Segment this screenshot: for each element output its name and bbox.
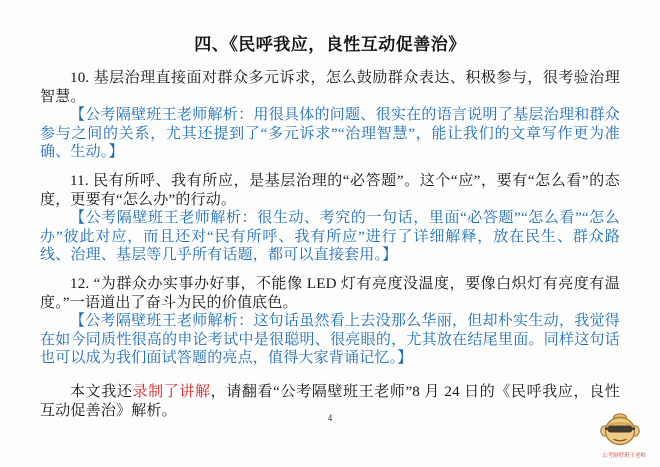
mascot-icon xyxy=(598,435,642,452)
quote-section-10: 10. 基层治理直接面对群众多元诉求，怎么鼓励群众表达、积极参与，很考验治理智慧… xyxy=(40,69,620,162)
quote-text-12: 12. “为群众办实事办好事，不能像 LED 灯有亮度没温度，要像白炽灯有亮度有… xyxy=(40,275,620,312)
page-number: 4 xyxy=(0,413,660,423)
teacher-analysis-10: 【公考隔壁班王老师解析：用很具体的问题、很实在的语言说明了基层治理和群众参与之间… xyxy=(40,106,620,162)
watermark: 公考隔壁班王老师 xyxy=(594,412,646,461)
document-page: 四、《民呼我应，良性互动促善治》 10. 基层治理直接面对群众多元诉求，怎么鼓励… xyxy=(0,0,660,467)
teacher-analysis-11: 【公考隔壁班王老师解析：很生动、考究的一句话，里面“必答题”“怎么看”“怎么办”… xyxy=(40,209,620,265)
page-title: 四、《民呼我应，良性互动促善治》 xyxy=(40,30,620,55)
closing-before: 本文我还 xyxy=(70,384,133,400)
teacher-analysis-12: 【公考隔壁班王老师解析：这句话虽然看上去没那么华丽，但却朴实生动，我觉得在如今同… xyxy=(40,312,620,368)
quote-text-11: 11. 民有所呼、我有所应，是基层治理的“必答题”。这个“应”，要有“怎么看”的… xyxy=(40,172,620,209)
quote-section-11: 11. 民有所呼、我有所应，是基层治理的“必答题”。这个“应”，要有“怎么看”的… xyxy=(40,172,620,265)
closing-highlight: 录制了讲解 xyxy=(133,384,211,400)
quote-section-12: 12. “为群众办实事办好事，不能像 LED 灯有亮度没温度，要像白炽灯有亮度有… xyxy=(40,275,620,368)
quote-text-10: 10. 基层治理直接面对群众多元诉求，怎么鼓励群众表达、积极参与，很考验治理智慧… xyxy=(40,69,620,106)
watermark-label: 公考隔壁班王老师 xyxy=(602,453,637,458)
